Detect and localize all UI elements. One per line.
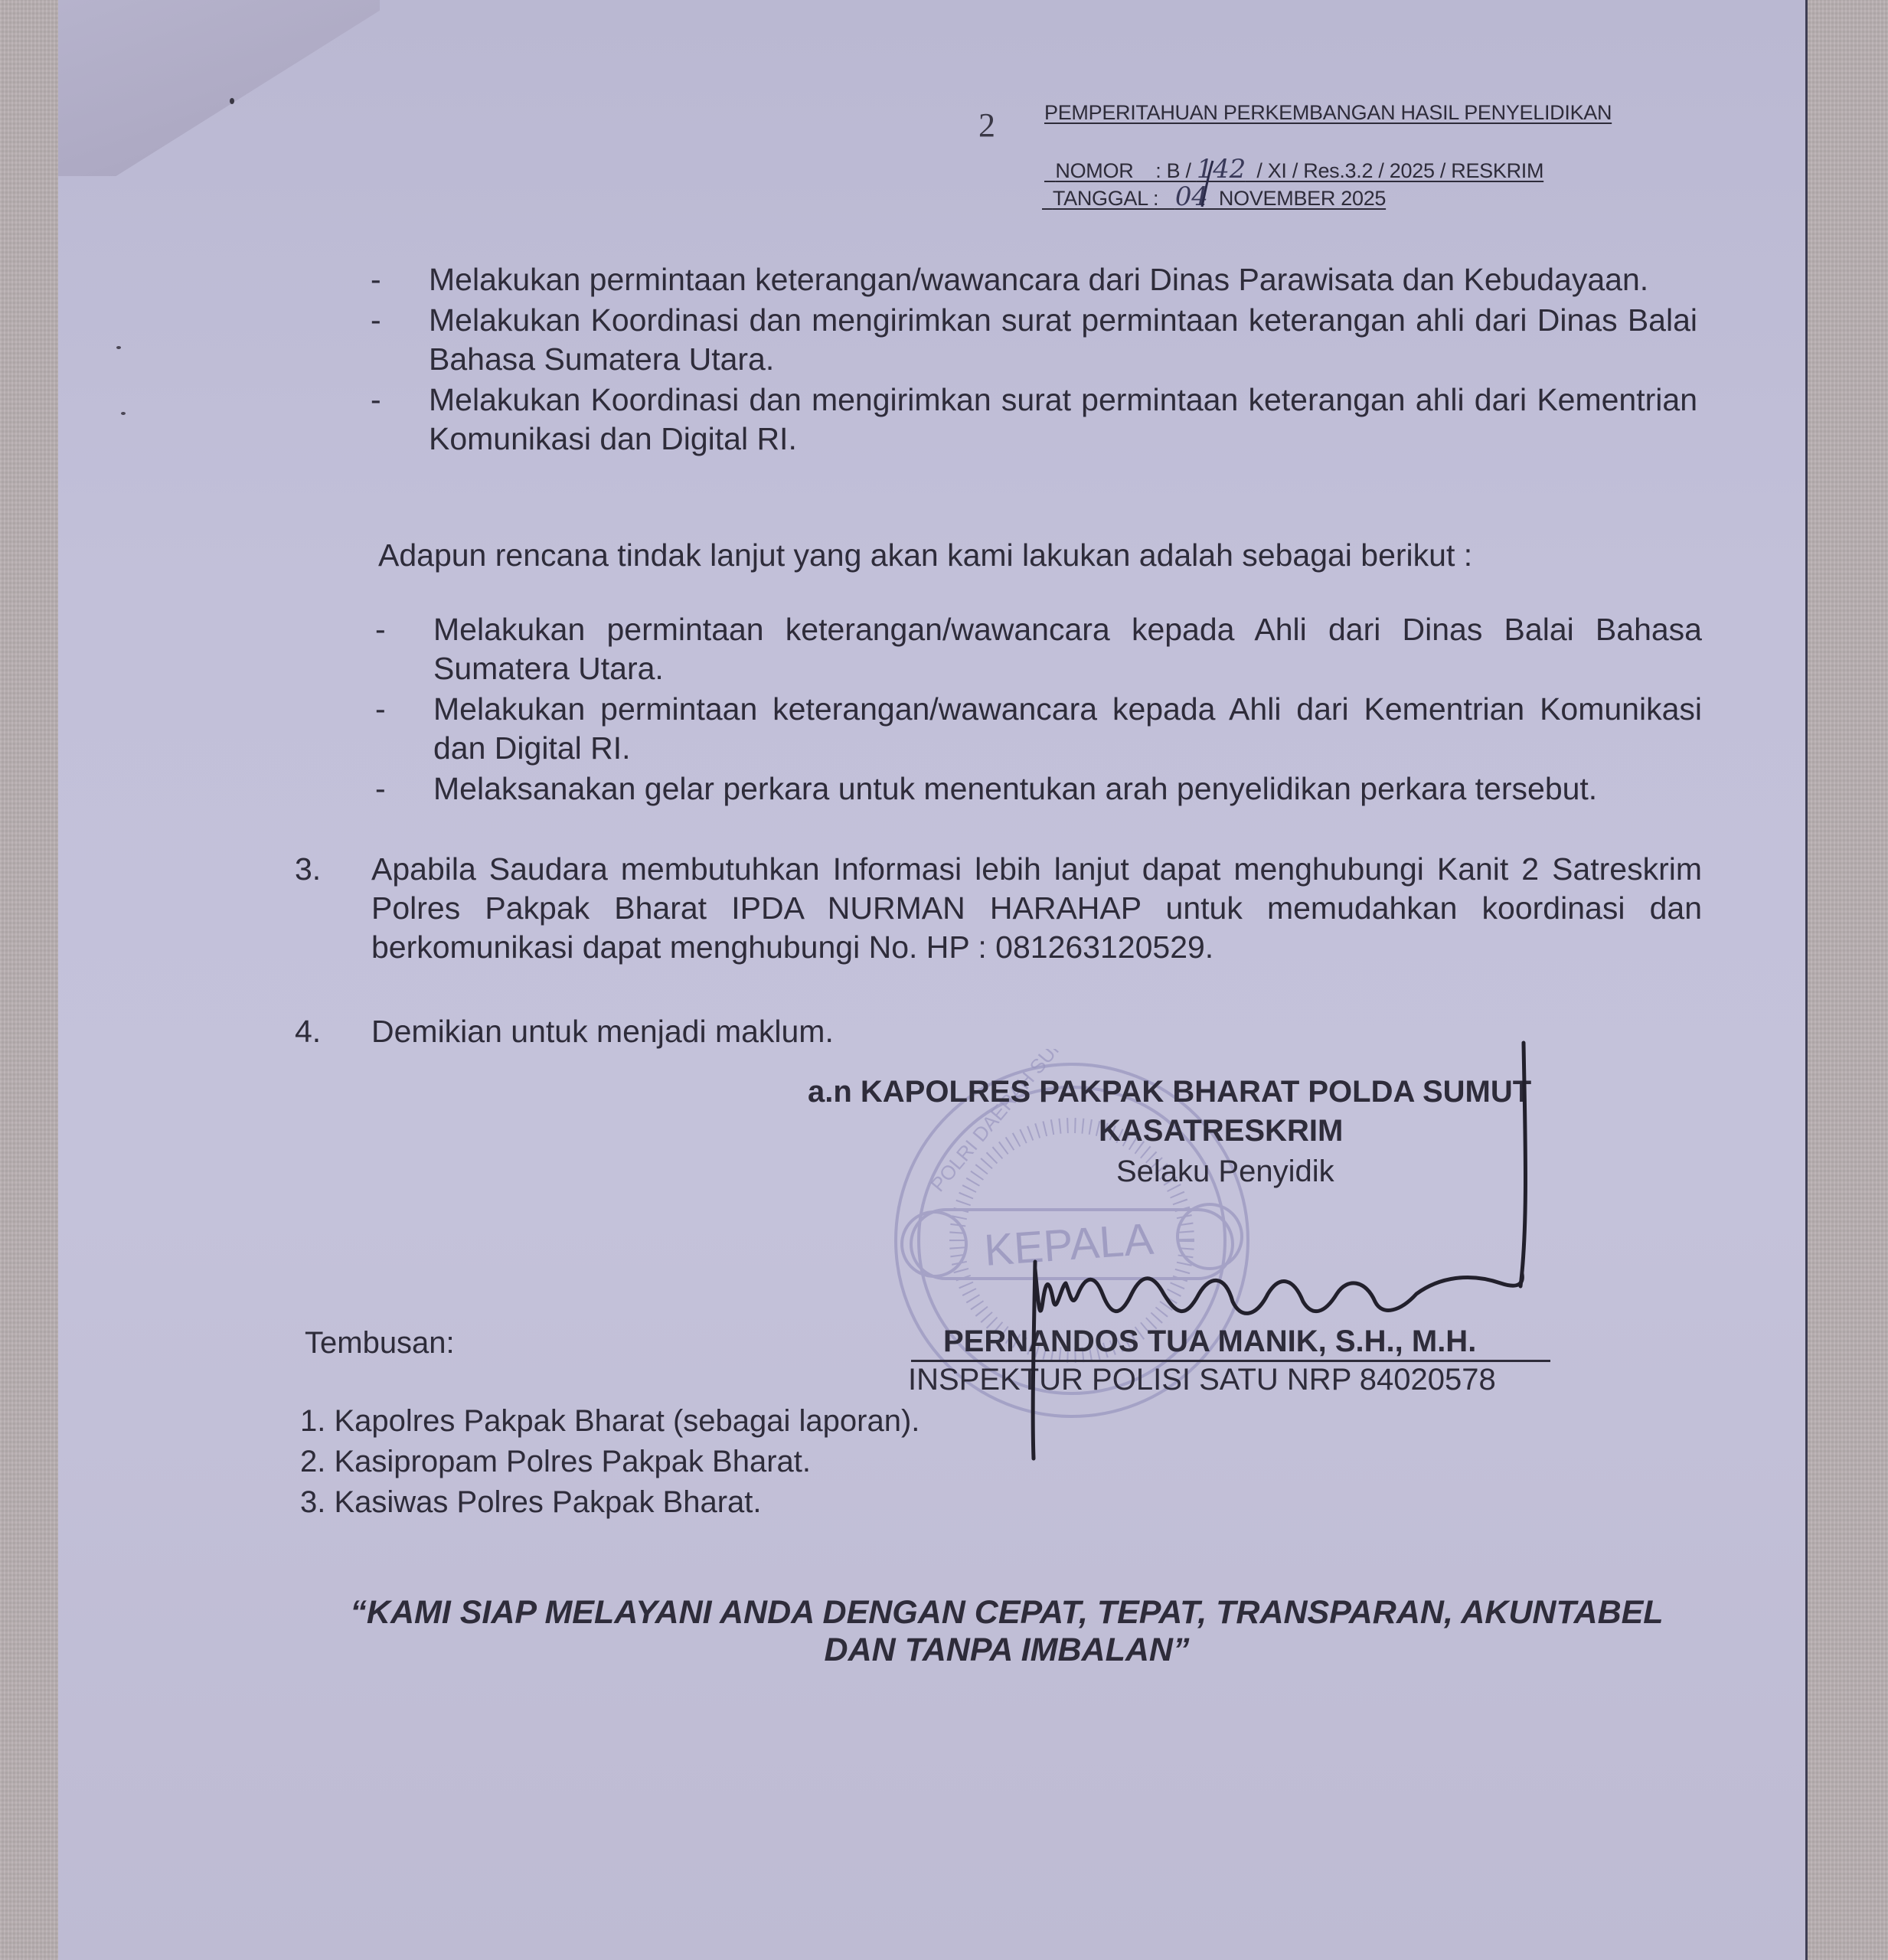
list-item-text: Melakukan permintaan keterangan/wawancar… — [429, 260, 1648, 299]
paragraph-text: Apabila Saudara membutuhkan Informasi le… — [371, 850, 1702, 967]
list-item-text: Melakukan permintaan keterangan/wawancar… — [433, 690, 1702, 768]
tanggal-suffix: NOVEMBER 2025 — [1208, 187, 1387, 210]
bullet-marker: - — [374, 690, 433, 768]
list-item: - Melakukan Koordinasi dan mengirimkan s… — [369, 301, 1697, 379]
tanggal-label: TANGGAL : — [1053, 187, 1175, 210]
numbered-paragraph-3: 3. Apabila Saudara membutuhkan Informasi… — [295, 850, 1702, 967]
list-item: - Melakukan Koordinasi dan mengirimkan s… — [369, 381, 1697, 459]
tembusan-list: 1. Kapolres Pakpak Bharat (sebagai lapor… — [300, 1401, 920, 1523]
motto-line-2: DAN TANPA IMBALAN” — [299, 1632, 1715, 1669]
document-title: PEMPERITAHUAN PERKEMBANGAN HASIL PENYELI… — [1044, 101, 1612, 125]
paragraph-number: 3. — [295, 850, 371, 967]
list-item: - Melakukan permintaan keterangan/wawanc… — [374, 690, 1702, 768]
motto-line-1: “KAMI SIAP MELAYANI ANDA DENGAN CEPAT, T… — [299, 1594, 1715, 1632]
list-item-text: Melakukan Koordinasi dan mengirimkan sur… — [429, 381, 1697, 459]
paper-speck — [116, 346, 121, 349]
page-number: 2 — [978, 106, 995, 145]
list-item: 1. Kapolres Pakpak Bharat (sebagai lapor… — [300, 1401, 920, 1442]
signatory-rank: INSPEKTUR POLISI SATU NRP 84020578 — [908, 1363, 1496, 1397]
motto: “KAMI SIAP MELAYANI ANDA DENGAN CEPAT, T… — [299, 1594, 1715, 1669]
bullet-marker: - — [374, 769, 433, 808]
stamp-ring-text: POLRI DAERAH SUMUT — [926, 1049, 1088, 1196]
bullet-marker: - — [369, 260, 429, 299]
tanggal-handwritten: 04 — [1175, 181, 1208, 212]
list-item: - Melaksanakan gelar perkara untuk menen… — [374, 769, 1702, 808]
bullet-marker: - — [374, 610, 433, 688]
list-item-text: Melakukan permintaan keterangan/wawancar… — [433, 610, 1702, 688]
list-item: 2. Kasipropam Polres Pakpak Bharat. — [300, 1442, 920, 1482]
list-item-text: Melaksanakan gelar perkara untuk menentu… — [433, 769, 1597, 808]
numbered-paragraph-4: 4. Demikian untuk menjadi maklum. — [295, 1012, 1702, 1051]
list-item: - Melakukan permintaan keterangan/wawanc… — [374, 610, 1702, 688]
paper-speck — [121, 412, 126, 415]
paper-speck — [230, 98, 234, 104]
list-item: 3. Kasiwas Polres Pakpak Bharat. — [300, 1482, 920, 1523]
signature-position: KASATRESKRIM — [1099, 1114, 1343, 1148]
completed-actions-list: - Melakukan permintaan keterangan/wawanc… — [369, 260, 1697, 459]
folded-corner — [58, 0, 380, 176]
bullet-marker: - — [369, 381, 429, 459]
signatory-name: PERNANDOS TUA MANIK, S.H., M.H. — [911, 1323, 1550, 1362]
list-item-text: Melakukan Koordinasi dan mengirimkan sur… — [429, 301, 1697, 379]
signature-role: Selaku Penyidik — [1116, 1155, 1334, 1189]
followup-actions-list: - Melakukan permintaan keterangan/wawanc… — [374, 610, 1702, 808]
paragraph-text: Demikian untuk menjadi maklum. — [371, 1012, 1702, 1051]
bullet-marker: - — [369, 301, 429, 379]
tembusan-label: Tembusan: — [305, 1326, 455, 1361]
list-item: - Melakukan permintaan keterangan/wawanc… — [369, 260, 1697, 299]
paragraph-number: 4. — [295, 1012, 371, 1051]
signature-on-behalf: a.n KAPOLRES PAKPAK BHARAT POLDA SUMUT — [808, 1075, 1531, 1109]
stamp-label: KEPALA — [982, 1214, 1155, 1276]
followup-intro: Adapun rencana tindak lanjut yang akan k… — [378, 536, 1472, 575]
document-date: TANGGAL : 04 NOVEMBER 2025 — [1042, 158, 1386, 212]
